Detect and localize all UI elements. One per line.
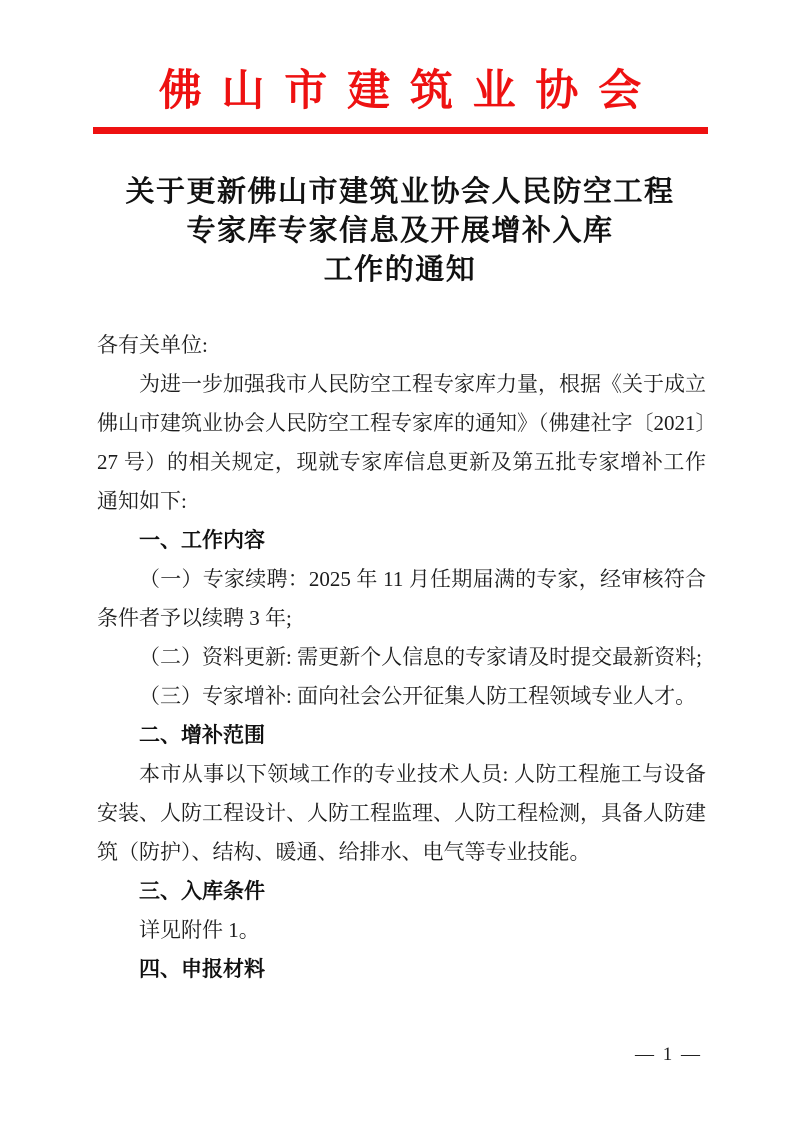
intro-paragraph: 为进一步加强我市人民防空工程专家库力量，根据《关于成立佛山市建筑业协会人民防空工… [97,365,706,521]
item-paragraph-3: （三）专家增补: 面向社会公开征集人防工程领域专业人才。 [97,677,706,716]
document-body: 各有关单位: 为进一步加强我市人民防空工程专家库力量，根据《关于成立佛山市建筑业… [97,326,706,989]
attachment-note: 详见附件 1。 [97,911,706,950]
section-heading-1: 一、工作内容 [97,521,706,560]
document-title-line-3: 工作的通知 [0,251,800,290]
document-title: 关于更新佛山市建筑业协会人民防空工程 专家库专家信息及开展增补入库 工作的通知 [0,173,800,290]
section-heading-4: 四、申报材料 [97,950,706,989]
item-paragraph-1: （一）专家续聘：2025 年 11 月任期届满的专家，经审核符合条件者予以续聘 … [97,560,706,638]
document-page: 佛山市建筑业协会 关于更新佛山市建筑业协会人民防空工程 专家库专家信息及开展增补… [0,0,800,1131]
section-heading-3: 三、入库条件 [97,872,706,911]
letterhead-rule [93,127,708,134]
document-title-line-2: 专家库专家信息及开展增补入库 [0,212,800,251]
salutation: 各有关单位: [97,326,706,365]
page-number: — 1 — [635,1044,702,1066]
item-paragraph-2: （二）资料更新: 需更新个人信息的专家请及时提交最新资料; [97,638,706,677]
scope-paragraph: 本市从事以下领域工作的专业技术人员: 人防工程施工与设备安装、人防工程设计、人防… [97,755,706,872]
section-heading-2: 二、增补范围 [97,716,706,755]
letterhead: 佛山市建筑业协会 [0,0,800,134]
organization-name: 佛山市建筑业协会 [139,64,661,118]
document-title-line-1: 关于更新佛山市建筑业协会人民防空工程 [0,173,800,212]
